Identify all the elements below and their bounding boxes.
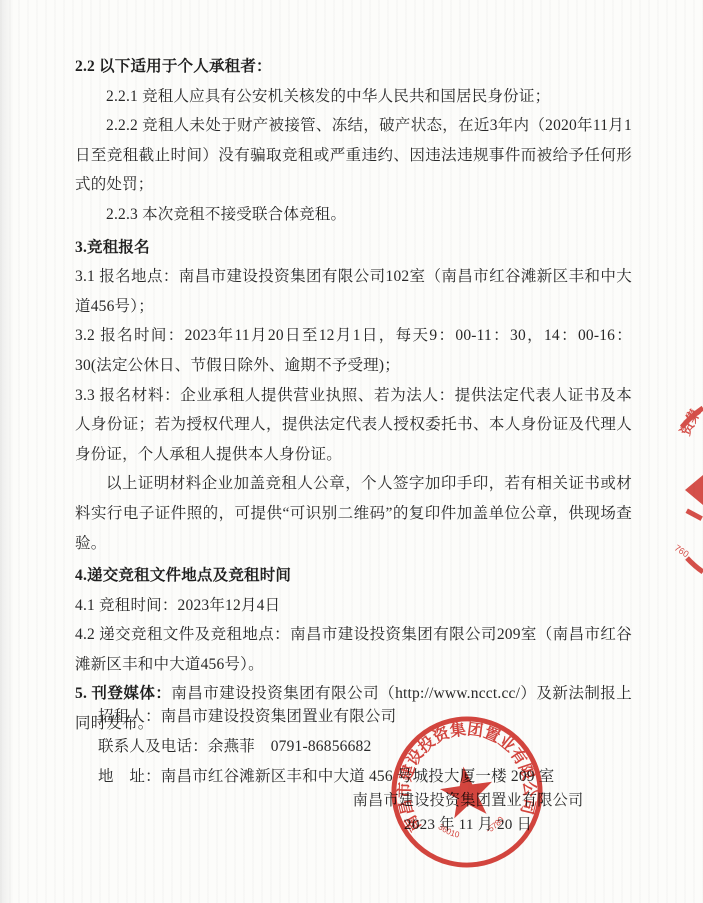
edge-seal-partial: 资集 760 [628,378,703,588]
seal-star-icon [437,763,496,820]
paragraph-2-2: 2.2 以下适用于个人承租者： [75,52,632,82]
section-3-heading: 3.竞租报名 [75,233,632,263]
paragraph-3-2: 3.2 报名时间：2023年11月20日至12月1日，每天9：00-11：30，… [75,321,632,380]
svg-text:-5780: -5780 [483,813,508,835]
scanned-document-page: 2.2 以下适用于个人承租者： 2.2.1 竞租人应具有公安机关核发的中华人民共… [0,0,703,903]
paragraph-2-2-2: 2.2.2 竞租人未处于财产被接管、冻结，破产状态，在近3年内（2020年11月… [75,111,632,200]
document-body: 2.2 以下适用于个人承租者： 2.2.1 竞租人应具有公安机关核发的中华人民共… [75,49,632,739]
edge-seal-stroke [686,508,703,520]
svg-text:36010: 36010 [435,819,462,842]
paragraph-4-2: 4.2 递交竞租文件及竞租地点：南昌市建设投资集团有限公司209室（南昌市红谷滩… [75,620,632,679]
edge-seal-code: 760 [673,543,691,560]
section-4-heading: 4.递交竞租文件地点及竞租时间 [75,561,632,591]
seal-code-left: 36010 [435,819,462,842]
section-5-lead: 5. 刊登媒体： [75,685,171,702]
paragraph-4-1: 4.1 竞租时间：2023年12月4日 [75,591,632,621]
edge-seal-arc-bottom [687,558,703,572]
paragraph-2-2-1: 2.2.1 竞租人应具有公安机关核发的中华人民共和国居民身份证； [75,82,632,112]
official-seal: 南昌市建设投资集团置业有限公司 36010 -5780 [378,703,556,881]
edge-seal-star-tip [685,475,703,505]
seal-code-right: -5780 [483,813,508,835]
paragraph-3-3: 3.3 报名材料：企业承租人提供营业执照、若为法人：提供法定代表人证书及本人身份… [75,381,632,470]
paragraph-3-1: 3.1 报名地点：南昌市建设投资集团有限公司102室（南昌市红谷滩新区丰和中大道… [75,262,632,321]
paragraph-2-2-3: 2.2.3 本次竞租不接受联合体竞租。 [75,200,632,230]
paragraph-materials-note: 以上证明材料企业加盖竞租人公章，个人签字加印手印，若有相关证书或材料实行电子证件… [75,469,632,558]
